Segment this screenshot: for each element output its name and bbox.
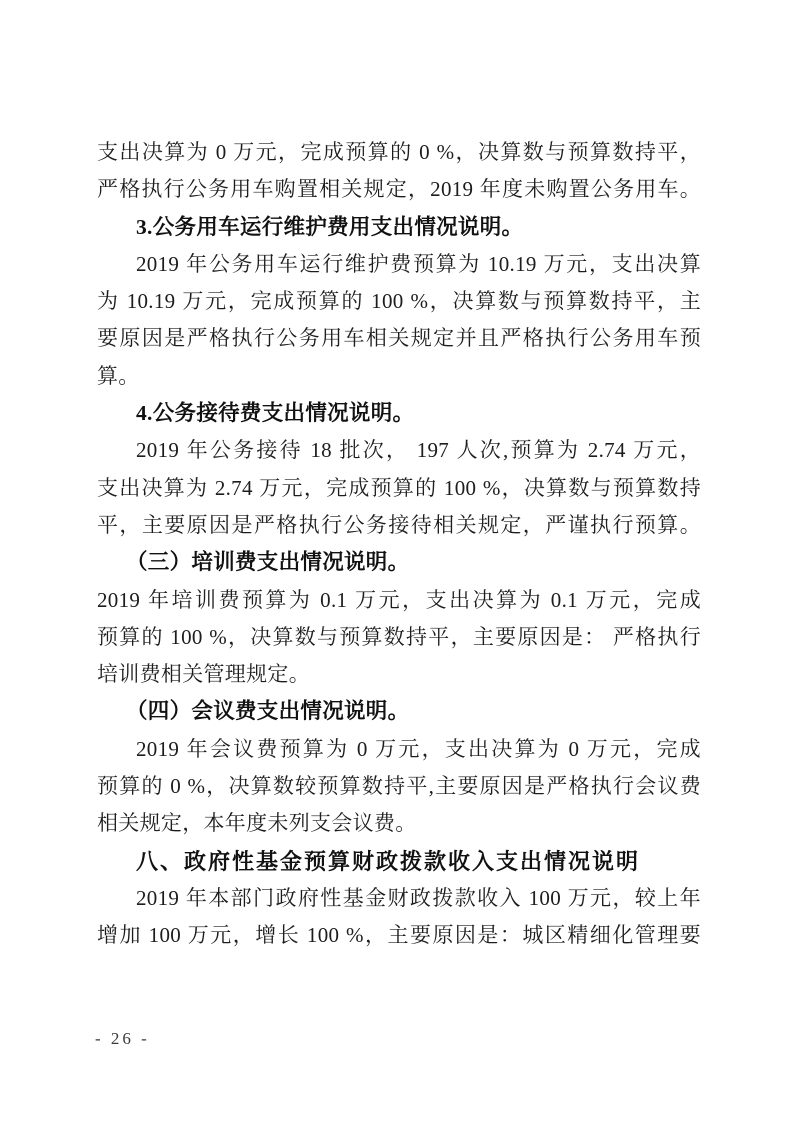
text-line: 要原因是严格执行公务用车相关规定并且严格执行公务用车预: [97, 320, 701, 357]
text-line: 预算的 0 %，决算数较预算数持平,主要原因是严格执行会议费: [97, 768, 701, 805]
text-line: 增加 100 万元，增长 100 %，主要原因是：城区精细化管理要: [97, 917, 701, 954]
section-heading: （四）会议费支出情况说明。: [97, 693, 701, 730]
text-line: 培训费相关管理规定。: [97, 656, 701, 693]
text-line: 2019 年会议费预算为 0 万元，支出决算为 0 万元，完成: [97, 731, 701, 768]
text-line: 2019 年本部门政府性基金财政拨款收入 100 万元，较上年: [97, 880, 701, 917]
document-body: 支出决算为 0 万元，完成预算的 0 %，决算数与预算数持平，严格执行公务用车购…: [97, 134, 701, 955]
text-line: 支出决算为 0 万元，完成预算的 0 %，决算数与预算数持平，: [97, 134, 701, 171]
section-heading: 4.公务接待费支出情况说明。: [97, 395, 701, 432]
page-number: - 26 -: [95, 1028, 150, 1050]
section-heading: 八、政府性基金预算财政拨款收入支出情况说明: [97, 843, 701, 880]
text-line: 2019 年培训费预算为 0.1 万元，支出决算为 0.1 万元，完成: [97, 582, 701, 619]
document-page: 支出决算为 0 万元，完成预算的 0 %，决算数与预算数持平，严格执行公务用车购…: [0, 0, 793, 1122]
text-line: 平，主要原因是严格执行公务接待相关规定，严谨执行预算。: [97, 507, 701, 544]
text-line: 为 10.19 万元，完成预算的 100 %，决算数与预算数持平，主: [97, 283, 701, 320]
text-line: 预算的 100 %，决算数与预算数持平，主要原因是： 严格执行: [97, 619, 701, 656]
text-line: 2019 年公务用车运行维护费预算为 10.19 万元，支出决算: [97, 246, 701, 283]
text-line: 严格执行公务用车购置相关规定，2019 年度未购置公务用车。: [97, 171, 701, 208]
text-line: 相关规定，本年度未列支会议费。: [97, 805, 701, 842]
text-line: 算。: [97, 358, 701, 395]
text-line: 支出决算为 2.74 万元，完成预算的 100 %，决算数与预算数持: [97, 470, 701, 507]
text-line: 2019 年公务接待 18 批次， 197 人次,预算为 2.74 万元，: [97, 432, 701, 469]
section-heading: 3.公务用车运行维护费用支出情况说明。: [97, 209, 701, 246]
section-heading: （三）培训费支出情况说明。: [97, 544, 701, 581]
